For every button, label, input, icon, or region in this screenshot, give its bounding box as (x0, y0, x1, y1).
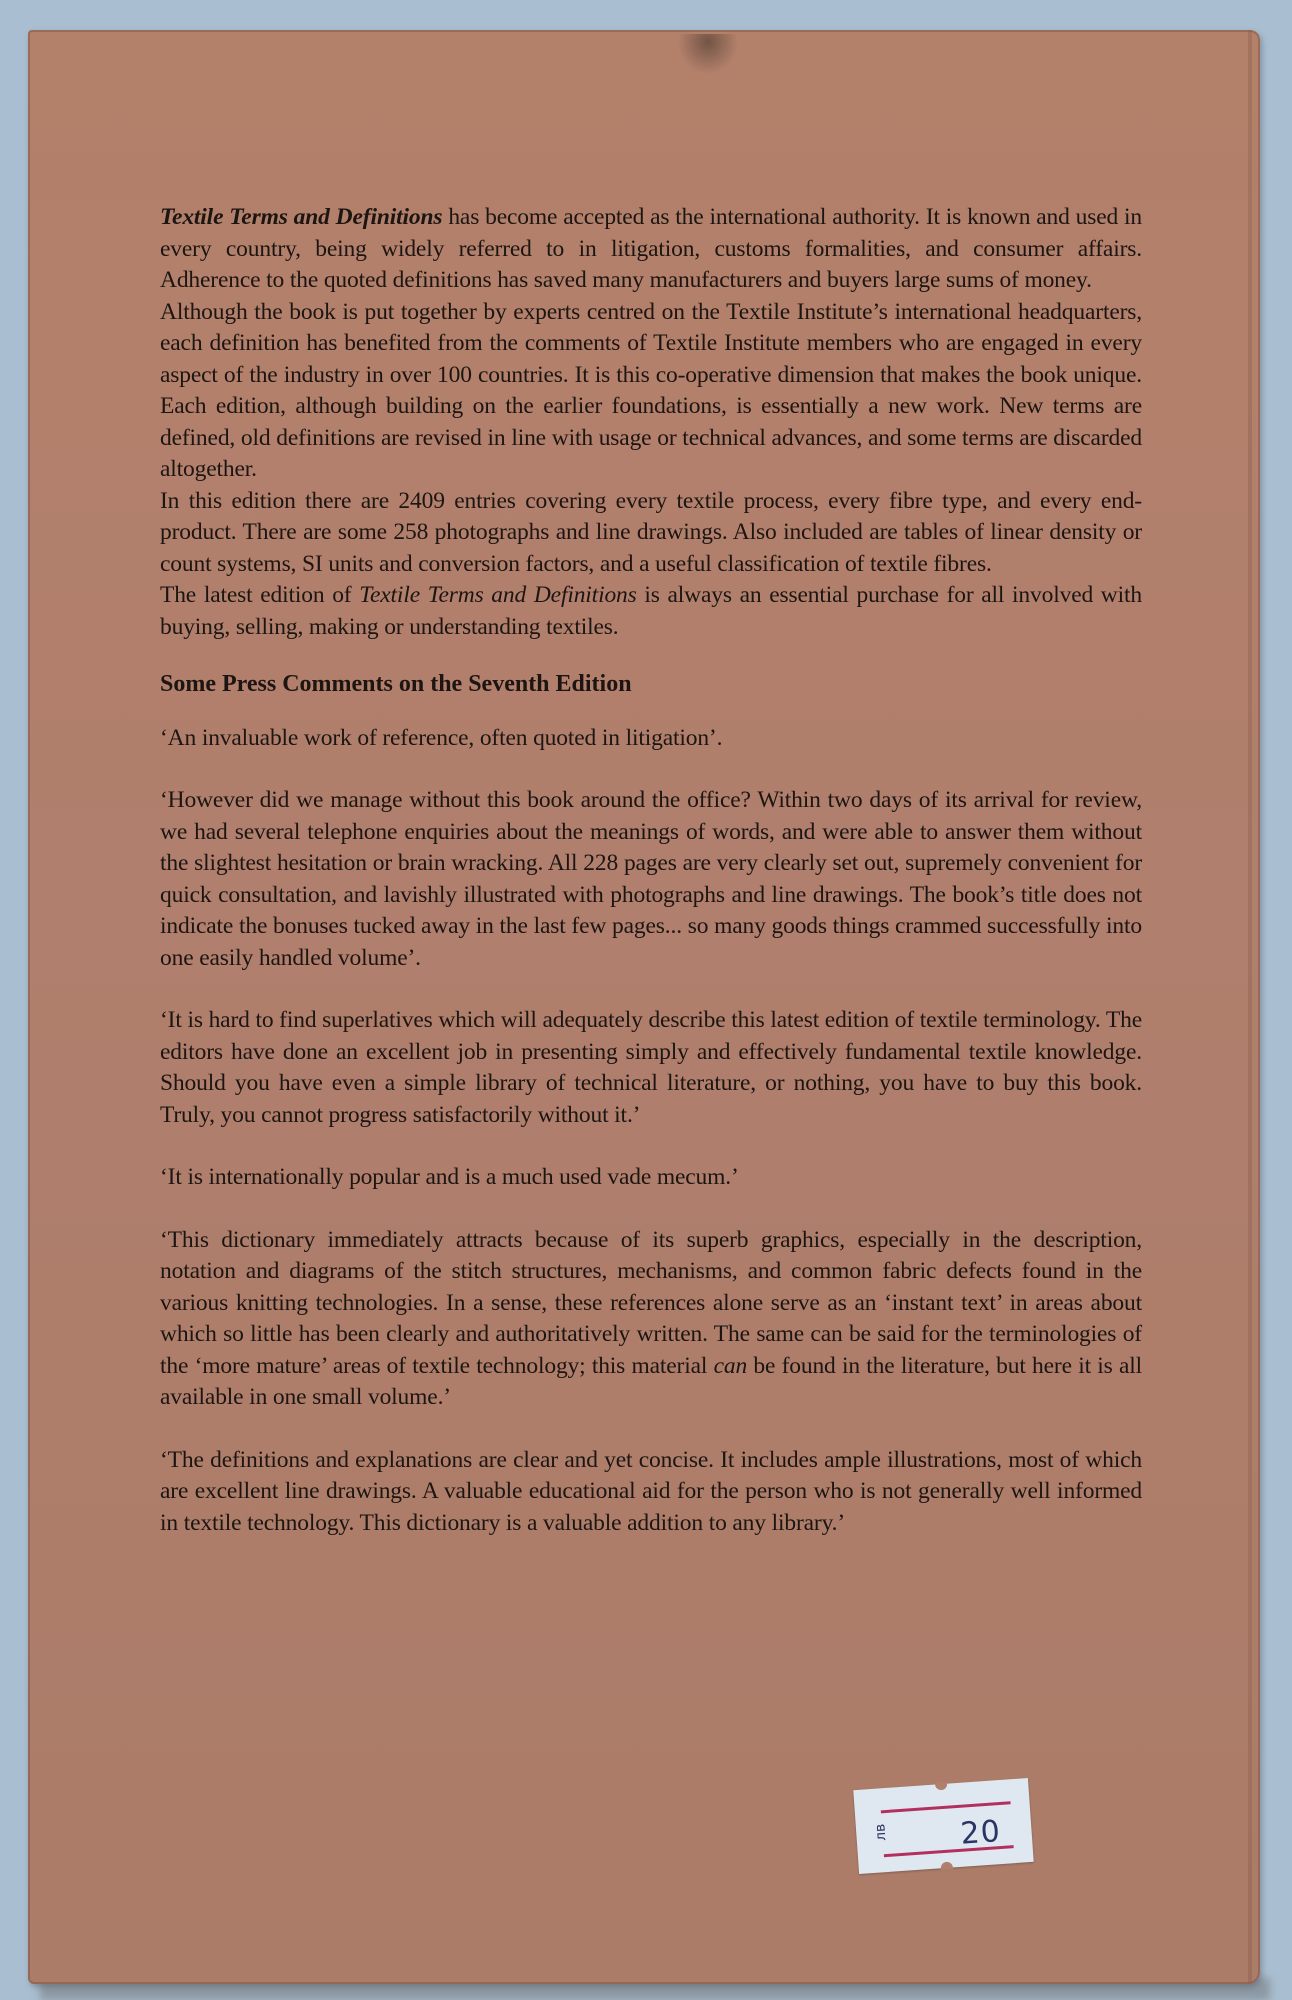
press-quote-1: ‘An invaluable work of reference, often … (160, 723, 1142, 755)
price-currency: лв (872, 1823, 889, 1841)
press-quote-6: ‘The definitions and explanations are cl… (160, 1445, 1142, 1540)
press-quote-5: ‘This dictionary immediately attracts be… (160, 1225, 1142, 1414)
price-amount: 20 (959, 1814, 1002, 1852)
press-quote-4: ‘It is internationally popular and is a … (160, 1162, 1142, 1194)
intro-paragraph-2: Although the book is put together by exp… (160, 297, 1142, 486)
price-sticker: лв 20 (853, 1778, 1033, 1874)
intro-paragraph-3: In this edition there are 2409 entries c… (160, 486, 1142, 581)
book-title-italic: Textile Terms and Definitions (359, 582, 636, 608)
press-quote-5-emphasis: can (714, 1353, 747, 1379)
sticker-notch-top (935, 1782, 948, 1791)
book-back-cover: Textile Terms and Definitions has become… (28, 30, 1260, 1984)
sticker-notch-bottom (941, 1861, 954, 1870)
intro-paragraph-1: Textile Terms and Definitions has become… (160, 202, 1142, 297)
cover-text-block: Textile Terms and Definitions has become… (160, 202, 1142, 1570)
intro-paragraph-4-before: The latest edition of (160, 582, 359, 608)
intro-paragraph-4: The latest edition of Textile Terms and … (160, 580, 1142, 643)
book-title: Textile Terms and Definitions (160, 204, 442, 230)
sticker-line-top (881, 1801, 1011, 1813)
press-comments-heading: Some Press Comments on the Seventh Editi… (160, 669, 1142, 701)
press-quote-2: ‘However did we manage without this book… (160, 785, 1142, 974)
press-quote-3: ‘It is hard to find superlatives which w… (160, 1005, 1142, 1131)
